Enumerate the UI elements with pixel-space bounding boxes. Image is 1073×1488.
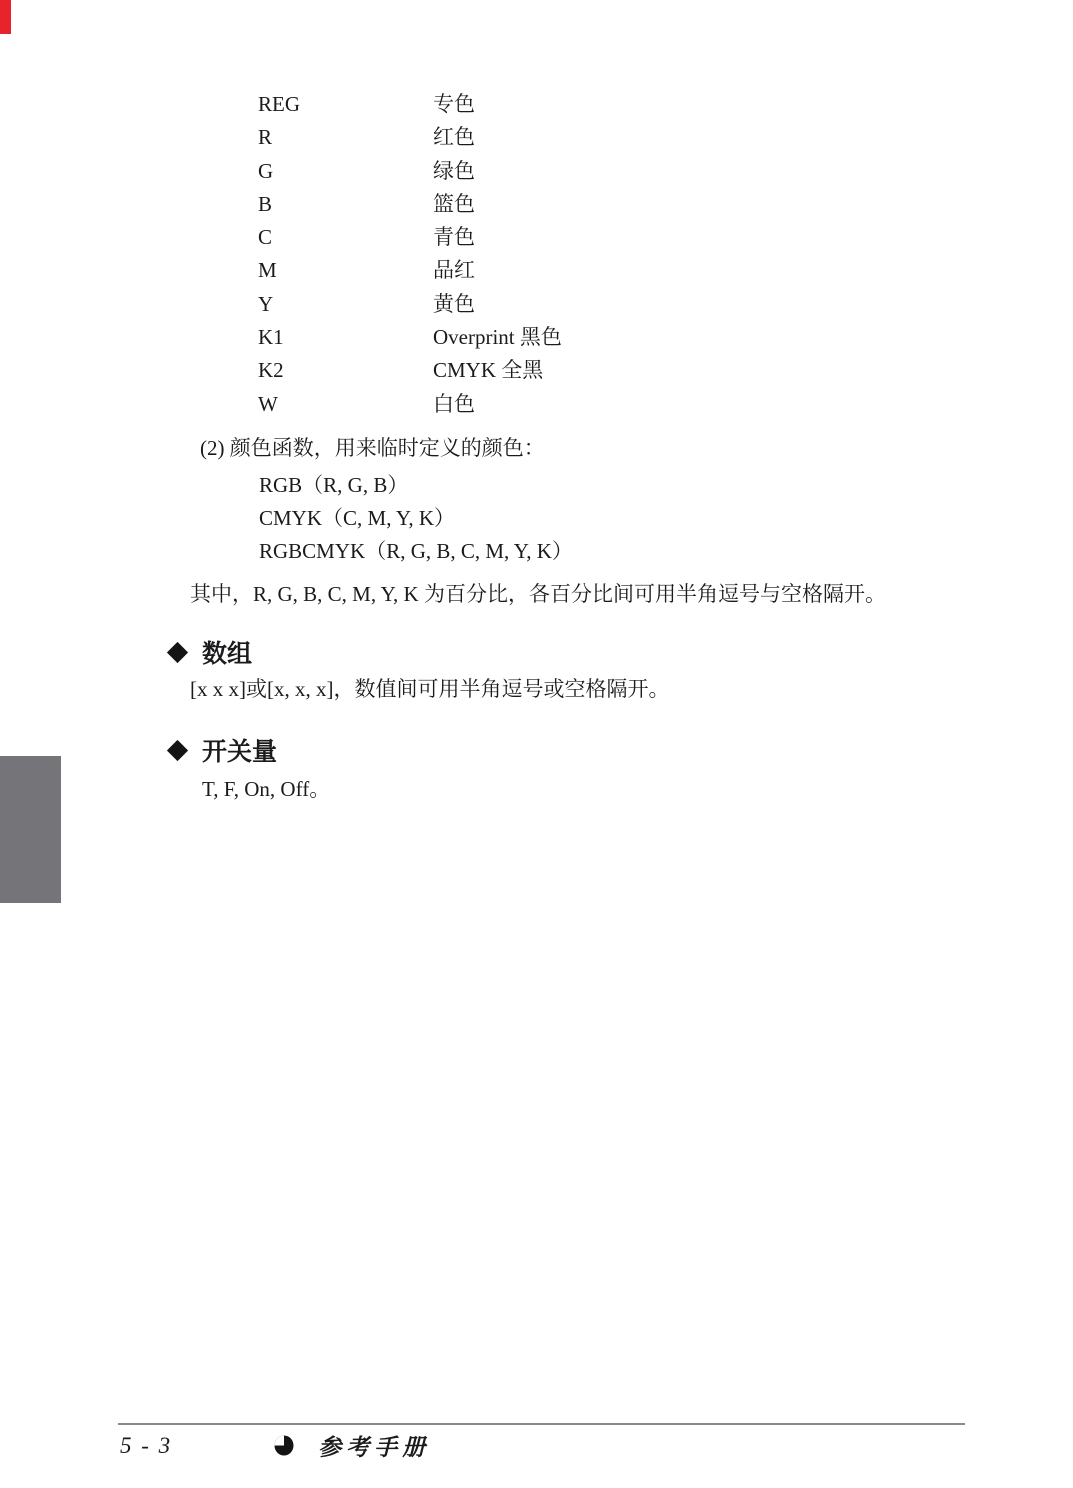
color-code-row: K2CMYK 全黑 (258, 354, 562, 387)
color-name: 篮色 (433, 192, 475, 216)
page-footer: 5 - 3 参考手册 (120, 1429, 430, 1462)
color-code: M (258, 254, 433, 287)
color-function-list: RGB（R, G, B） CMYK（C, M, Y, K） RGBCMYK（R,… (259, 469, 573, 568)
color-function-item: RGB（R, G, B） (259, 469, 573, 502)
color-code: B (258, 188, 433, 221)
page-number: 5 - 3 (120, 1433, 172, 1459)
color-code-row: W白色 (258, 388, 562, 421)
color-name: 专色 (433, 92, 475, 116)
color-code: R (258, 121, 433, 154)
manual-page: REG专色 R红色 G绿色 B篮色 C青色 M品红 Y黄色 K1Overprin… (0, 0, 1073, 1488)
color-code-row: K1Overprint 黑色 (258, 321, 562, 354)
section-body-array: [x x x]或[x, x, x]，数值间可用半角逗号或空格隔开。 (190, 674, 669, 704)
color-name: 绿色 (433, 159, 475, 183)
color-name: 白色 (433, 392, 475, 416)
color-function-note: 其中，R, G, B, C, M, Y, K 为百分比，各百分比间可用半角逗号与… (190, 579, 886, 609)
color-name: 黄色 (433, 292, 475, 316)
color-function-item: RGBCMYK（R, G, B, C, M, Y, K） (259, 535, 573, 568)
color-code-row: B篮色 (258, 188, 562, 221)
color-code: REG (258, 88, 433, 121)
color-name: CMYK 全黑 (433, 358, 543, 382)
color-function-intro: (2) 颜色函数，用来临时定义的颜色： (200, 433, 545, 463)
color-name: 红色 (433, 125, 475, 149)
chapter-tab-marker (0, 0, 11, 34)
page-edge-gray-block (0, 756, 61, 903)
color-name: Overprint 黑色 (433, 325, 562, 349)
color-code: C (258, 221, 433, 254)
section-heading-array: 数组 (170, 634, 252, 670)
section-body-switch: T, F, On, Off。 (202, 774, 330, 804)
color-code-row: C青色 (258, 221, 562, 254)
color-code: W (258, 388, 433, 421)
color-code-row: R红色 (258, 121, 562, 154)
color-name: 品红 (433, 258, 475, 282)
section-title: 数组 (202, 634, 252, 670)
color-code: K2 (258, 354, 433, 387)
color-code-row: Y黄色 (258, 288, 562, 321)
color-code-row: M品红 (258, 254, 562, 287)
color-code-row: G绿色 (258, 155, 562, 188)
manual-logo-icon (274, 1435, 294, 1456)
color-code: K1 (258, 321, 433, 354)
color-code: G (258, 155, 433, 188)
color-name: 青色 (433, 225, 475, 249)
section-title: 开关量 (202, 732, 277, 768)
color-function-item: CMYK（C, M, Y, K） (259, 502, 573, 535)
color-code: Y (258, 288, 433, 321)
color-code-row: REG专色 (258, 88, 562, 121)
footer-label: 参考手册 (318, 1429, 430, 1462)
diamond-bullet-icon (167, 641, 188, 662)
section-heading-switch: 开关量 (170, 732, 277, 768)
color-code-list: REG专色 R红色 G绿色 B篮色 C青色 M品红 Y黄色 K1Overprin… (258, 88, 562, 421)
diamond-bullet-icon (167, 739, 188, 760)
footer-rule (118, 1423, 965, 1425)
